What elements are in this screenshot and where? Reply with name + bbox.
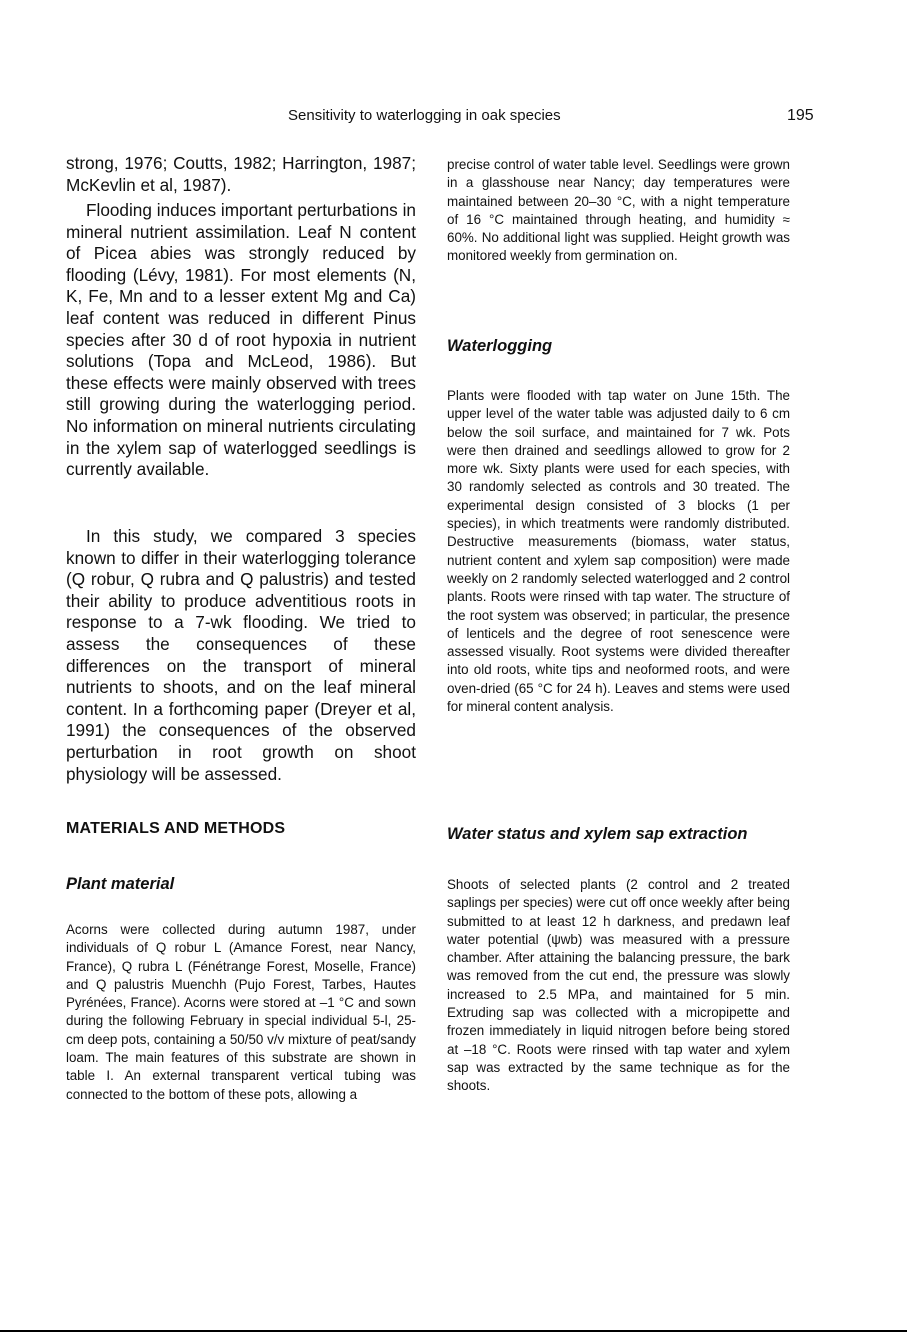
running-title: Sensitivity to waterlogging in oak speci… (288, 107, 561, 124)
paragraph-glasshouse: precise control of water table level. Se… (447, 156, 790, 266)
paragraph-intro-continuation: strong, 1976; Coutts, 1982; Harrington, … (66, 153, 416, 196)
subsection-heading-water-status: Water status and xylem sap extraction (447, 825, 747, 844)
paragraph-water-status: Shoots of selected plants (2 control and… (447, 876, 790, 1096)
page-number: 195 (787, 107, 814, 125)
subsection-heading-waterlogging: Waterlogging (447, 337, 552, 356)
paragraph-study: In this study, we compared 3 species kno… (66, 526, 416, 785)
paragraph-plant-material: Acorns were collected during autumn 1987… (66, 921, 416, 1104)
paragraph-flooding: Flooding induces important perturbations… (66, 200, 416, 481)
paragraph-waterlogging: Plants were flooded with tap water on Ju… (447, 387, 790, 716)
section-heading-materials-methods: MATERIALS AND METHODS (66, 820, 285, 838)
subsection-heading-plant-material: Plant material (66, 875, 174, 894)
page-bottom-rule (0, 1330, 907, 1332)
